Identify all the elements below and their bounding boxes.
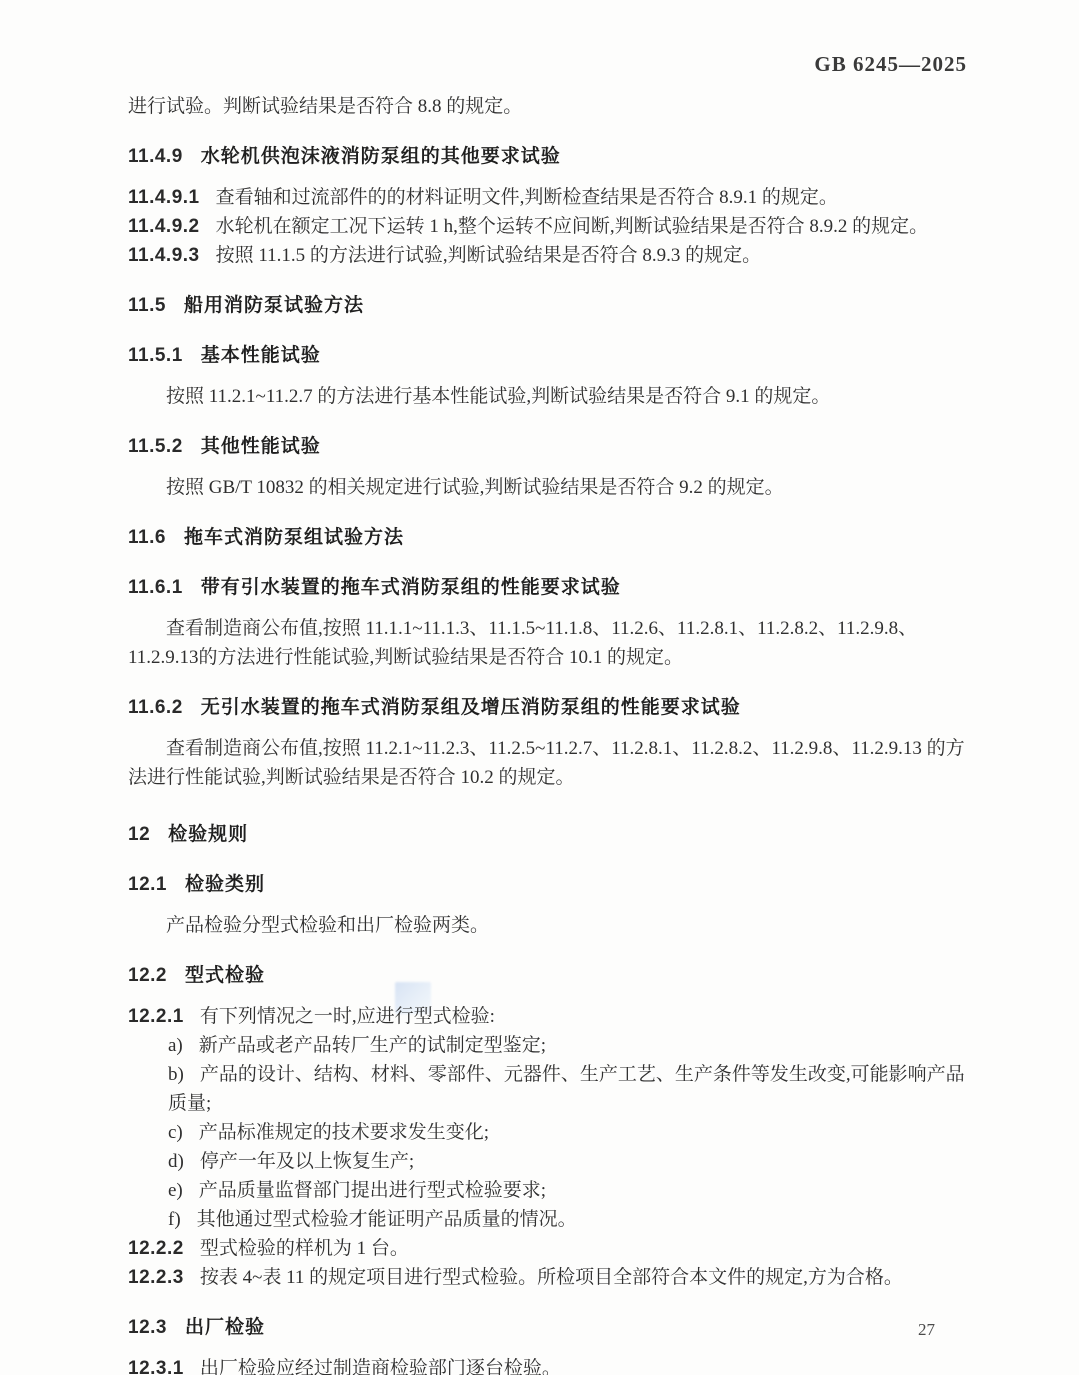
body-text: 其他通过型式检验才能证明产品质量的情况。 (197, 1209, 577, 1230)
clause-number: 12.2.2 (128, 1238, 184, 1259)
section-heading: 11.6.1带有引水装置的拖车式消防泵组的性能要求试验 (128, 573, 968, 602)
body-text: 按照 11.1.5 的方法进行试验,判断试验结果是否符合 8.9.3 的规定。 (216, 245, 762, 266)
clause-number: 11.5.1 (128, 345, 183, 366)
paragraph: 查看制造商公布值,按照 11.2.1~11.2.3、11.2.5~11.2.7、… (128, 734, 968, 792)
body-text: 新产品或老产品转厂生产的试制定型鉴定; (199, 1035, 546, 1056)
heading-text: 基本性能试验 (201, 345, 321, 366)
heading-text: 水轮机供泡沫液消防泵组的其他要求试验 (201, 146, 561, 167)
list-item: f)其他通过型式检验才能证明产品质量的情况。 (128, 1205, 968, 1234)
clause-number: 11.4.9.3 (128, 245, 200, 266)
body-text: 产品的设计、结构、材料、零部件、元器件、生产工艺、生产条件等发生改变,可能影响产… (168, 1064, 965, 1114)
body-text: 型式检验的样机为 1 台。 (200, 1238, 409, 1259)
list-item: e)产品质量监督部门提出进行型式检验要求; (128, 1176, 968, 1205)
heading-text: 检验规则 (168, 824, 248, 845)
clause-number: 12.1 (128, 874, 167, 895)
clause-number: 11.6 (128, 527, 166, 548)
body-text: 出厂检验应经过制造商检验部门逐台检验。 (200, 1358, 561, 1375)
clause: 11.4.9.1查看轴和过流部件的的材料证明文件,判断检查结果是否符合 8.9.… (128, 183, 968, 212)
clause-number: 11.6.1 (128, 577, 183, 598)
list-item: c)产品标准规定的技术要求发生变化; (128, 1118, 968, 1147)
chapter-heading: 12检验规则 (128, 820, 968, 849)
clause-number: 11.4.9 (128, 146, 183, 167)
clause: 12.2.1有下列情况之一时,应进行型式检验: (128, 1002, 968, 1031)
heading-text: 其他性能试验 (201, 436, 321, 457)
list-item: d)停产一年及以上恢复生产; (128, 1147, 968, 1176)
clause-number: 11.4.9.1 (128, 187, 200, 208)
list-item: b)产品的设计、结构、材料、零部件、元器件、生产工艺、生产条件等发生改变,可能影… (128, 1060, 968, 1118)
body-text: 停产一年及以上恢复生产; (200, 1151, 414, 1172)
paragraph: 按照 GB/T 10832 的相关规定进行试验,判断试验结果是否符合 9.2 的… (128, 473, 968, 502)
section-heading: 11.5.1基本性能试验 (128, 341, 968, 370)
clause-number: 12.2 (128, 965, 167, 986)
clause: 12.3.1出厂检验应经过制造商检验部门逐台检验。 (128, 1354, 968, 1375)
body-text: 按表 4~表 11 的规定项目进行型式检验。所检项目全部符合本文件的规定,方为合… (200, 1267, 903, 1288)
body-text: 有下列情况之一时,应进行型式检验: (200, 1006, 495, 1027)
list-item-label: a) (168, 1035, 183, 1056)
list-item: a)新产品或老产品转厂生产的试制定型鉴定; (128, 1031, 968, 1060)
paragraph: 查看制造商公布值,按照 11.1.1~11.1.3、11.1.5~11.1.8、… (128, 614, 968, 672)
clause-number: 12.2.1 (128, 1006, 184, 1027)
paragraph: 按照 11.2.1~11.2.7 的方法进行基本性能试验,判断试验结果是否符合 … (128, 382, 968, 411)
clause-number: 11.4.9.2 (128, 216, 200, 237)
clause-number: 12.3.1 (128, 1358, 184, 1375)
body-text: 按照 11.2.1~11.2.7 的方法进行基本性能试验,判断试验结果是否符合 … (166, 386, 830, 407)
clause-number: 11.5.2 (128, 436, 183, 457)
body-text: 产品标准规定的技术要求发生变化; (199, 1122, 489, 1143)
scanned-standard-page: { "header": { "doc_code": "GB 6245—2025"… (0, 0, 1079, 1375)
clause: 11.4.9.3按照 11.1.5 的方法进行试验,判断试验结果是否符合 8.9… (128, 241, 968, 270)
heading-text: 船用消防泵试验方法 (184, 295, 364, 316)
list-item-label: d) (168, 1151, 184, 1172)
body-text: 进行试验。判断试验结果是否符合 8.8 的规定。 (128, 96, 522, 117)
heading-text: 拖车式消防泵组试验方法 (184, 527, 404, 548)
clause: 12.2.3按表 4~表 11 的规定项目进行型式检验。所检项目全部符合本文件的… (128, 1263, 968, 1292)
clause-number: 11.5 (128, 295, 166, 316)
clause-number: 12 (128, 824, 150, 845)
heading-text: 出厂检验 (185, 1317, 265, 1338)
paragraph: 进行试验。判断试验结果是否符合 8.8 的规定。 (128, 92, 968, 121)
heading-text: 检验类别 (185, 874, 265, 895)
clause-number: 12.2.3 (128, 1267, 184, 1288)
paragraph: 产品检验分型式检验和出厂检验两类。 (128, 911, 968, 940)
body-text: 产品检验分型式检验和出厂检验两类。 (166, 915, 489, 936)
section-heading: 11.5船用消防泵试验方法 (128, 291, 968, 320)
section-heading: 11.6拖车式消防泵组试验方法 (128, 523, 968, 552)
page-number: 27 (918, 1320, 935, 1340)
clause: 11.4.9.2水轮机在额定工况下运转 1 h,整个运转不应间断,判断试验结果是… (128, 212, 968, 241)
heading-text: 带有引水装置的拖车式消防泵组的性能要求试验 (201, 577, 621, 598)
body-text: 查看制造商公布值,按照 11.1.1~11.1.3、11.1.5~11.1.8、… (128, 618, 917, 668)
section-heading: 12.3出厂检验 (128, 1313, 968, 1342)
body-text: 水轮机在额定工况下运转 1 h,整个运转不应间断,判断试验结果是否符合 8.9.… (216, 216, 929, 237)
list-item-label: c) (168, 1122, 183, 1143)
list-item-label: f) (168, 1209, 181, 1230)
section-heading: 12.1检验类别 (128, 870, 968, 899)
body-text: 查看制造商公布值,按照 11.2.1~11.2.3、11.2.5~11.2.7、… (128, 738, 965, 788)
clause-number: 12.3 (128, 1317, 167, 1338)
clause-number: 11.6.2 (128, 697, 183, 718)
document-code-header: GB 6245—2025 (814, 52, 967, 77)
list-item-label: e) (168, 1180, 183, 1201)
section-heading: 11.5.2其他性能试验 (128, 432, 968, 461)
clause: 12.2.2型式检验的样机为 1 台。 (128, 1234, 968, 1263)
section-heading: 12.2型式检验 (128, 961, 968, 990)
heading-text: 无引水装置的拖车式消防泵组及增压消防泵组的性能要求试验 (201, 697, 741, 718)
document-body: 进行试验。判断试验结果是否符合 8.8 的规定。11.4.9水轮机供泡沫液消防泵… (128, 92, 968, 1375)
body-text: 查看轴和过流部件的的材料证明文件,判断检查结果是否符合 8.9.1 的规定。 (216, 187, 838, 208)
body-text: 按照 GB/T 10832 的相关规定进行试验,判断试验结果是否符合 9.2 的… (166, 477, 784, 498)
section-heading: 11.6.2无引水装置的拖车式消防泵组及增压消防泵组的性能要求试验 (128, 693, 968, 722)
list-item-label: b) (168, 1064, 184, 1085)
section-heading: 11.4.9水轮机供泡沫液消防泵组的其他要求试验 (128, 142, 968, 171)
body-text: 产品质量监督部门提出进行型式检验要求; (199, 1180, 546, 1201)
heading-text: 型式检验 (185, 965, 265, 986)
